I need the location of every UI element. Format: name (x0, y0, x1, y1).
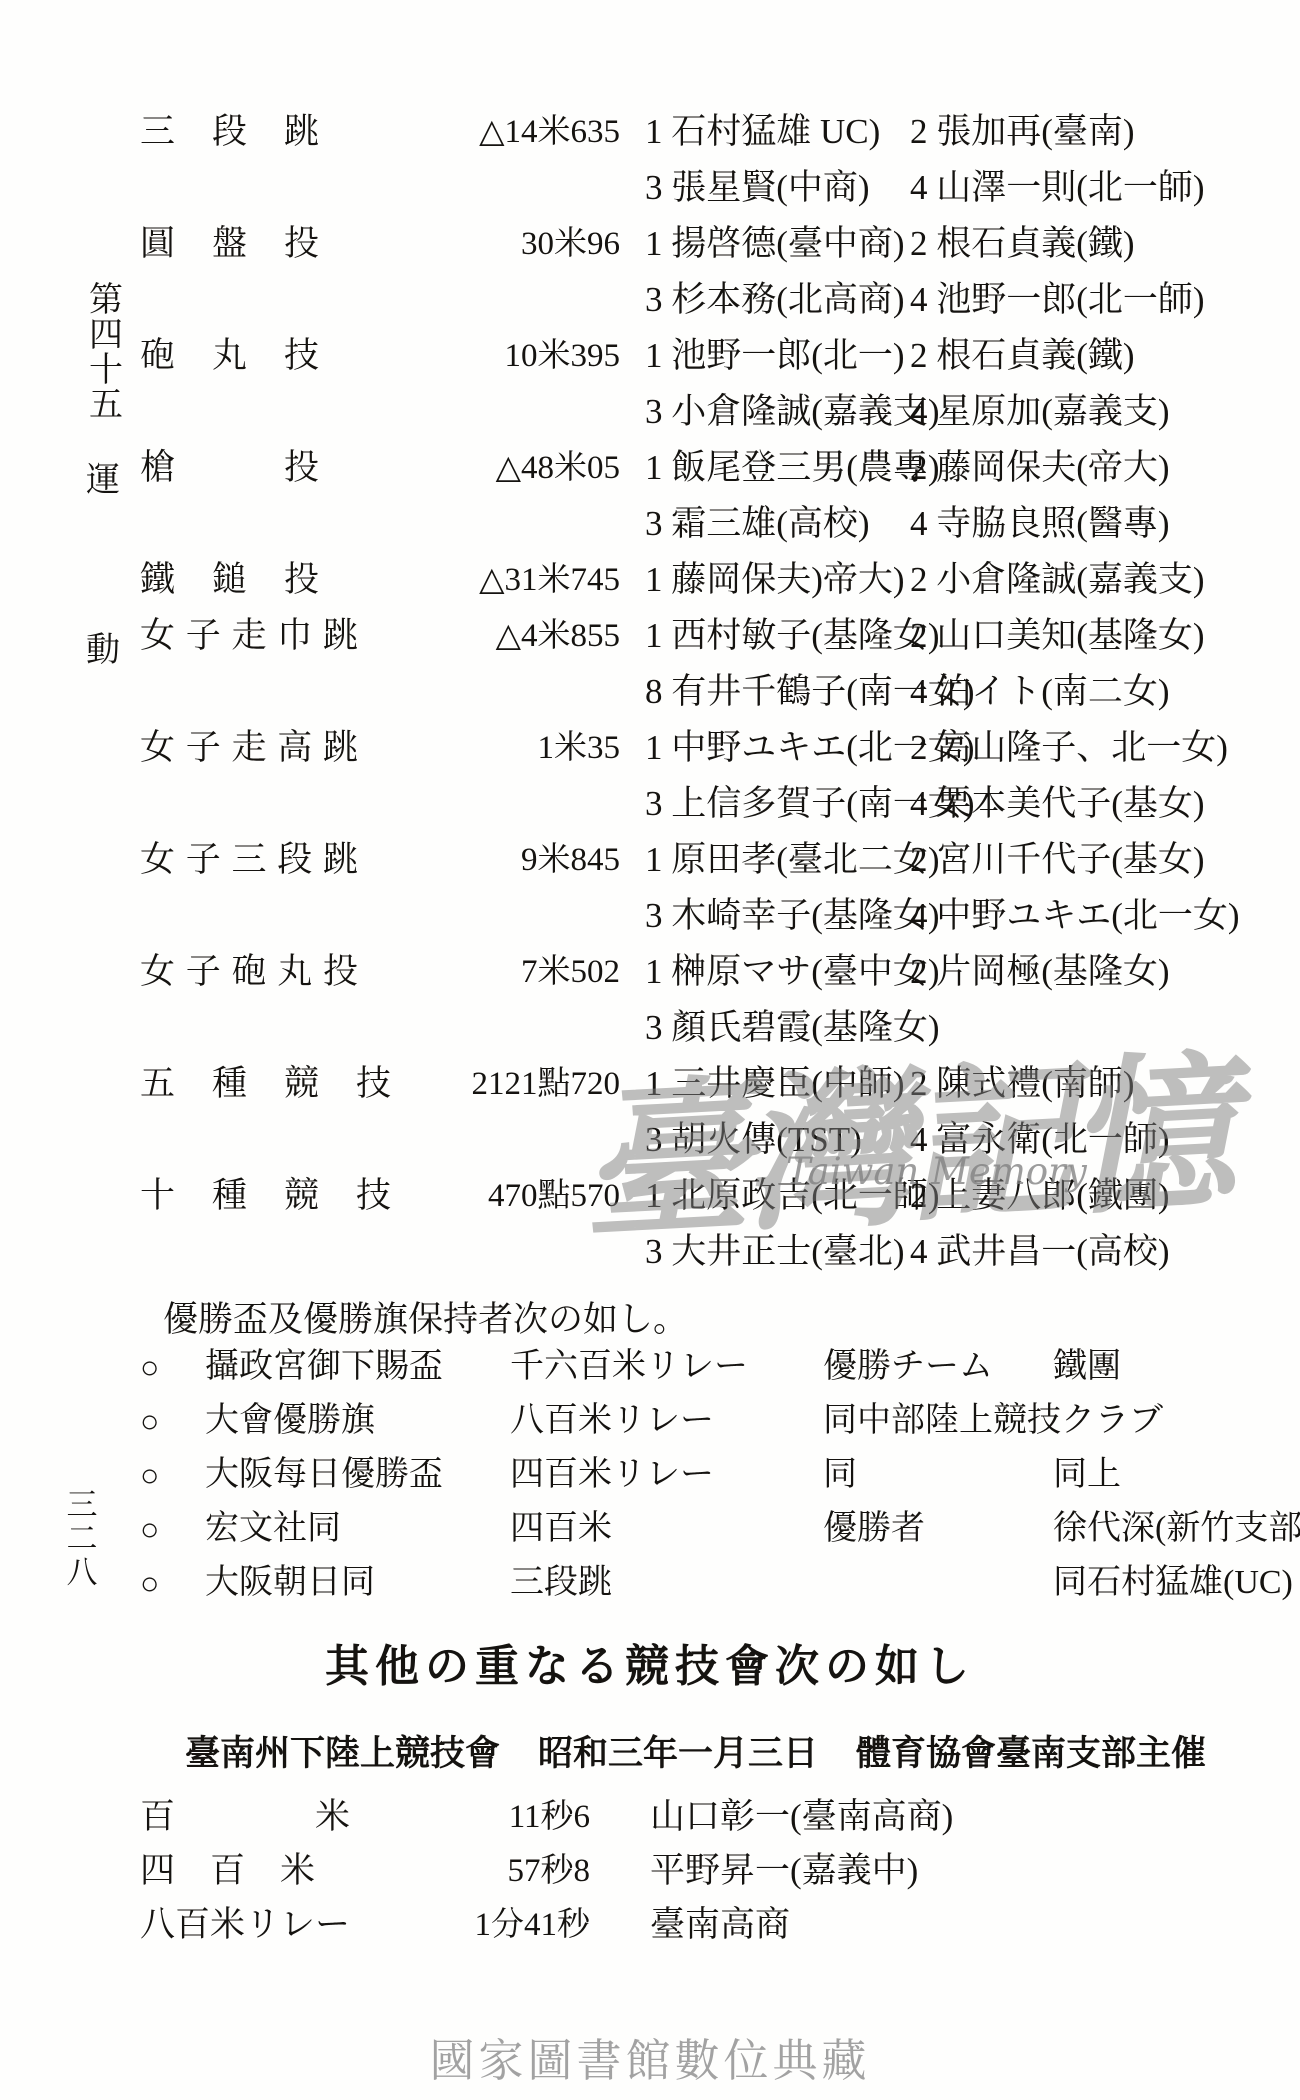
event-record: △4米855 (402, 608, 620, 664)
spacer-cell (402, 888, 620, 944)
event-record: 10米395 (402, 328, 620, 384)
trophy-winner-label: 同中部陸上競技クラブ (823, 1394, 1053, 1448)
rank-entry: 2 高山隆子、北一女) (910, 720, 1260, 776)
result-line-1: 女 子 砲 丸 投 7米502 1 榊原マサ(臺中女) 2 片岡極(基隆女) (140, 944, 1260, 1000)
page-number-char: 八 (67, 1556, 98, 1590)
trophy-winner-label (823, 1556, 1053, 1610)
event-time: 1分41秒 (400, 1898, 630, 1952)
event-winner: 臺南高商 (630, 1898, 1240, 1952)
trophy-row: ○ 攝政宮御下賜盃 千六百米リレー 優勝チーム 鐵團 (140, 1340, 1280, 1394)
event-name: 四 百 米 (140, 1844, 400, 1898)
result-line-1: 女 子 三 段 跳 9米845 1 原田孝(臺北二女) 2 宮川千代子(基女) (140, 832, 1260, 888)
rank-entry: 1 榊原マサ(臺中女) (620, 944, 910, 1000)
spacer-cell (140, 272, 402, 328)
result-line-1: 五 種 競 技 2121點720 1 三井慶臣(中師) 2 陳式禮(南師) (140, 1056, 1260, 1112)
circle-bullet-icon: ○ (140, 1556, 205, 1610)
event-record: 9米845 (402, 832, 620, 888)
rank-entry: 1 三井慶臣(中師) (620, 1056, 910, 1112)
spacer-cell (402, 496, 620, 552)
result-row: 槍 投 △48米05 1 飯尾登三男(農專) 2 藤岡保夫(帝大) 3 霜三雄(… (140, 440, 1260, 552)
meet-date: 昭和三年一月三日 (538, 1726, 818, 1776)
rank-entry: 1 北原政吉(北一師) (620, 1168, 910, 1224)
rank-entry: 3 上信多賀子(南一女) (620, 776, 910, 832)
rank-entry: 3 小倉隆誠(嘉義支) (620, 384, 910, 440)
rank-entry: 1 飯尾登三男(農專) (620, 440, 910, 496)
trophy-winner (1053, 1394, 1280, 1448)
trophy-event: 四百米リレー (510, 1448, 823, 1502)
result-line-1: 圓 盤 投 30米96 1 揚啓德(臺中商) 2 根石貞義(鐵) (140, 216, 1260, 272)
event-name: 女 子 三 段 跳 (140, 832, 402, 888)
trophy-row: ○ 大阪每日優勝盃 四百米リレー 同 同上 (140, 1448, 1280, 1502)
event-record: 2121點720 (402, 1056, 620, 1112)
spacer-cell (402, 1224, 620, 1280)
spacer-cell (402, 664, 620, 720)
event-record: 30米96 (402, 216, 620, 272)
page-number-vertical: 三 二 八 (64, 1488, 100, 1590)
result-line-1: 鐵 鎚 投 △31米745 1 藤岡保夫)帝大) 2 小倉隆誠(嘉義支) (140, 552, 1260, 608)
margin-volume-char: 四 (89, 318, 123, 353)
rank-entry: 1 原田孝(臺北二女) (620, 832, 910, 888)
event-record: △14米635 (402, 104, 620, 160)
result-row: 女 子 走 巾 跳 △4米855 1 西村敏子(基隆女) 2 山口美知(基隆女)… (140, 608, 1260, 720)
result-row: 圓 盤 投 30米96 1 揚啓德(臺中商) 2 根石貞義(鐵) 3 杉本務(北… (140, 216, 1260, 328)
rank-entry: 4 山澤一則(北一師) (910, 160, 1260, 216)
rank-entry: 4 富永衛(北一師) (910, 1112, 1260, 1168)
trophy-name: 宏文社同 (205, 1502, 510, 1556)
rank-entry: 3 杉本務(北高商) (620, 272, 910, 328)
spacer-cell (402, 1112, 620, 1168)
scanned-document-page: 第 四 十 五 運 動 三 二 八 三 段 跳 △14米635 1 石村猛雄 U… (0, 0, 1300, 2100)
trophy-event: 三段跳 (510, 1556, 823, 1610)
circle-bullet-icon: ○ (140, 1448, 205, 1502)
trophy-row: ○ 大阪朝日同 三段跳 同石村猛雄(UC) (140, 1556, 1280, 1610)
event-record: 1米35 (402, 720, 620, 776)
trophy-event: 千六百米リレー (510, 1340, 823, 1394)
section-heading: 其他の重なる競技會次の如し (0, 1630, 1300, 1694)
spacer-cell (140, 1000, 402, 1056)
event-name: 砲 丸 技 (140, 328, 402, 384)
circle-bullet-icon: ○ (140, 1394, 205, 1448)
rank-entry: 3 木崎幸子(基隆女) (620, 888, 910, 944)
trophy-event: 八百米リレー (510, 1394, 823, 1448)
trophy-winner: 鐵團 (1053, 1340, 1280, 1394)
result-row: 女 子 走 高 跳 1米35 1 中野ユキエ(北一女) 2 高山隆子、北一女) … (140, 720, 1260, 832)
event-name: 鐵 鎚 投 (140, 552, 402, 608)
spacer-cell (402, 272, 620, 328)
event-record: 7米502 (402, 944, 620, 1000)
event-name: 女 子 砲 丸 投 (140, 944, 402, 1000)
trophy-name: 大會優勝旗 (205, 1394, 510, 1448)
margin-volume-char: 十 (89, 353, 123, 388)
meet-organizer: 體育協會臺南支部主催 (856, 1726, 1206, 1776)
rank-entry: 3 胡火傳(TST) (620, 1112, 910, 1168)
event-time: 57秒8 (400, 1844, 630, 1898)
trophy-winner-label: 優勝者 (823, 1502, 1053, 1556)
result-line-2: 3 顏氏碧霞(基隆女) (140, 1000, 1260, 1056)
rank-entry: 1 中野ユキエ(北一女) (620, 720, 910, 776)
trophy-event: 四百米 (510, 1502, 823, 1556)
result-line-1: 槍 投 △48米05 1 飯尾登三男(農專) 2 藤岡保夫(帝大) (140, 440, 1260, 496)
trophy-row: ○ 大會優勝旗 八百米リレー 同中部陸上競技クラブ (140, 1394, 1280, 1448)
rank-entry: 4 星原加(嘉義支) (910, 384, 1260, 440)
trophy-name: 攝政宮御下賜盃 (205, 1340, 510, 1394)
rank-entry: 4 寺脇良照(醫專) (910, 496, 1260, 552)
rank-entry: 2 片岡極(基隆女) (910, 944, 1260, 1000)
circle-bullet-icon: ○ (140, 1340, 205, 1394)
result-line-1: 砲 丸 技 10米395 1 池野一郎(北一) 2 根石貞義(鐵) (140, 328, 1260, 384)
archive-footer-stamp: 國家圖書館數位典藏 (0, 2024, 1300, 2089)
rank-entry: 4 泊イト(南二女) (910, 664, 1260, 720)
event-record: △48米05 (402, 440, 620, 496)
rank-entry: 1 石村猛雄 UC) (620, 104, 910, 160)
secondary-results-table: 百 米 11秒6 山口彰一(臺南高商) 四 百 米 57秒8 平野昇一(嘉義中)… (140, 1790, 1240, 1952)
event-name: 三 段 跳 (140, 104, 402, 160)
margin-label-char: 動 (86, 622, 120, 671)
rank-entry: 2 藤岡保夫(帝大) (910, 440, 1260, 496)
result-line-1: 十 種 競 技 470點570 1 北原政吉(北一師) 2 上妻八郎(鐵團) (140, 1168, 1260, 1224)
result-row: 鐵 鎚 投 △31米745 1 藤岡保夫)帝大) 2 小倉隆誠(嘉義支) (140, 552, 1260, 608)
result-line-1: 女 子 走 巾 跳 △4米855 1 西村敏子(基隆女) 2 山口美知(基隆女) (140, 608, 1260, 664)
rank-entry: 2 根石貞義(鐵) (910, 216, 1260, 272)
margin-volume-char: 第 (89, 283, 123, 318)
rank-entry: 4 武井昌一(高校) (910, 1224, 1260, 1280)
rank-entry: 3 顏氏碧霞(基隆女) (620, 1000, 910, 1056)
event-winner: 平野昇一(嘉義中) (630, 1844, 1240, 1898)
rank-entry: 2 宮川千代子(基女) (910, 832, 1260, 888)
secondary-result-row: 四 百 米 57秒8 平野昇一(嘉義中) (140, 1844, 1240, 1898)
rank-entry: 4 栗本美代子(基女) (910, 776, 1260, 832)
result-line-2: 3 胡火傳(TST) 4 富永衛(北一師) (140, 1112, 1260, 1168)
meet-name: 臺南州下陸上競技會 (185, 1726, 500, 1776)
result-line-1: 女 子 走 高 跳 1米35 1 中野ユキエ(北一女) 2 高山隆子、北一女) (140, 720, 1260, 776)
result-row: 女 子 三 段 跳 9米845 1 原田孝(臺北二女) 2 宮川千代子(基女) … (140, 832, 1260, 944)
result-row: 砲 丸 技 10米395 1 池野一郎(北一) 2 根石貞義(鐵) 3 小倉隆誠… (140, 328, 1260, 440)
rank-entry: 2 小倉隆誠(嘉義支) (910, 552, 1260, 608)
result-line-2: 3 小倉隆誠(嘉義支) 4 星原加(嘉義支) (140, 384, 1260, 440)
page-number-char: 三 (67, 1488, 98, 1522)
margin-volume-char: 五 (89, 388, 123, 423)
rank-entry: 3 張星賢(中商) (620, 160, 910, 216)
result-row: 五 種 競 技 2121點720 1 三井慶臣(中師) 2 陳式禮(南師) 3 … (140, 1056, 1260, 1168)
spacer-cell (140, 888, 402, 944)
event-record: △31米745 (402, 552, 620, 608)
event-name: 百 米 (140, 1790, 400, 1844)
result-line-2: 3 張星賢(中商) 4 山澤一則(北一師) (140, 160, 1260, 216)
trophy-winner-label: 同 (823, 1448, 1053, 1502)
secondary-result-row: 百 米 11秒6 山口彰一(臺南高商) (140, 1790, 1240, 1844)
spacer-cell (140, 496, 402, 552)
trophy-winner-label: 優勝チーム (823, 1340, 1053, 1394)
margin-volume-label: 第 四 十 五 (86, 283, 126, 423)
trophy-row: ○ 宏文社同 四百米 優勝者 徐代深(新竹支部) (140, 1502, 1280, 1556)
result-line-2: 3 杉本務(北高商) 4 池野一郎(北一師) (140, 272, 1260, 328)
trophy-name: 大阪每日優勝盃 (205, 1448, 510, 1502)
rank-entry: 1 池野一郎(北一) (620, 328, 910, 384)
rank-entry: 2 張加再(臺南) (910, 104, 1260, 160)
trophy-winner: 同上 (1053, 1448, 1280, 1502)
results-table: 三 段 跳 △14米635 1 石村猛雄 UC) 2 張加再(臺南) 3 張星賢… (140, 104, 1260, 1280)
event-name: 五 種 競 技 (140, 1056, 402, 1112)
trophy-intro-line: 優勝盃及優勝旗保持者次の如し。 (163, 1292, 688, 1342)
trophy-list: ○ 攝政宮御下賜盃 千六百米リレー 優勝チーム 鐵團 ○ 大會優勝旗 八百米リレ… (140, 1340, 1280, 1610)
spacer-cell (140, 664, 402, 720)
spacer-cell (402, 1000, 620, 1056)
result-line-2: 8 有井千鶴子(南一女) 4 泊イト(南二女) (140, 664, 1260, 720)
event-name: 圓 盤 投 (140, 216, 402, 272)
result-line-1: 三 段 跳 △14米635 1 石村猛雄 UC) 2 張加再(臺南) (140, 104, 1260, 160)
spacer-cell (140, 1224, 402, 1280)
rank-entry: 4 中野ユキエ(北一女) (910, 888, 1260, 944)
result-line-2: 3 木崎幸子(基隆女) 4 中野ユキエ(北一女) (140, 888, 1260, 944)
rank-entry: 3 霜三雄(高校) (620, 496, 910, 552)
event-time: 11秒6 (400, 1790, 630, 1844)
spacer-cell (402, 776, 620, 832)
event-record: 470點570 (402, 1168, 620, 1224)
margin-label-char: 運 (86, 452, 120, 501)
spacer-cell (140, 384, 402, 440)
rank-entry: 2 山口美知(基隆女) (910, 608, 1260, 664)
rank-entry: 2 陳式禮(南師) (910, 1056, 1260, 1112)
rank-entry: 3 大井正士(臺北) (620, 1224, 910, 1280)
secondary-result-row: 八百米リレー 1分41秒 臺南高商 (140, 1898, 1240, 1952)
result-line-2: 3 霜三雄(高校) 4 寺脇良照(醫專) (140, 496, 1260, 552)
event-name: 槍 投 (140, 440, 402, 496)
event-name: 八百米リレー (140, 1898, 400, 1952)
spacer-cell (140, 1112, 402, 1168)
rank-entry: 1 揚啓德(臺中商) (620, 216, 910, 272)
result-row: 女 子 砲 丸 投 7米502 1 榊原マサ(臺中女) 2 片岡極(基隆女) 3… (140, 944, 1260, 1056)
rank-entry: 8 有井千鶴子(南一女) (620, 664, 910, 720)
result-row: 三 段 跳 △14米635 1 石村猛雄 UC) 2 張加再(臺南) 3 張星賢… (140, 104, 1260, 216)
spacer-cell (402, 160, 620, 216)
event-winner: 山口彰一(臺南高商) (630, 1790, 1240, 1844)
rank-entry: 1 藤岡保夫)帝大) (620, 552, 910, 608)
rank-entry: 1 西村敏子(基隆女) (620, 608, 910, 664)
rank-entry: 2 根石貞義(鐵) (910, 328, 1260, 384)
spacer-cell (140, 160, 402, 216)
rank-entry: 4 池野一郎(北一師) (910, 272, 1260, 328)
event-name: 女 子 走 巾 跳 (140, 608, 402, 664)
circle-bullet-icon: ○ (140, 1502, 205, 1556)
meet-info-line: 臺南州下陸上競技會 昭和三年一月三日 體育協會臺南支部主催 (185, 1726, 1206, 1776)
spacer-cell (140, 776, 402, 832)
result-line-2: 3 大井正士(臺北) 4 武井昌一(高校) (140, 1224, 1260, 1280)
trophy-winner: 同石村猛雄(UC) (1053, 1556, 1293, 1610)
result-row: 十 種 競 技 470點570 1 北原政吉(北一師) 2 上妻八郎(鐵團) 3… (140, 1168, 1260, 1280)
rank-entry (910, 1000, 1260, 1056)
rank-entry: 2 上妻八郎(鐵團) (910, 1168, 1260, 1224)
trophy-winner: 徐代深(新竹支部) (1053, 1502, 1300, 1556)
event-name: 十 種 競 技 (140, 1168, 402, 1224)
event-name: 女 子 走 高 跳 (140, 720, 402, 776)
trophy-name: 大阪朝日同 (205, 1556, 510, 1610)
result-line-2: 3 上信多賀子(南一女) 4 栗本美代子(基女) (140, 776, 1260, 832)
spacer-cell (402, 384, 620, 440)
page-number-char: 二 (67, 1522, 98, 1556)
